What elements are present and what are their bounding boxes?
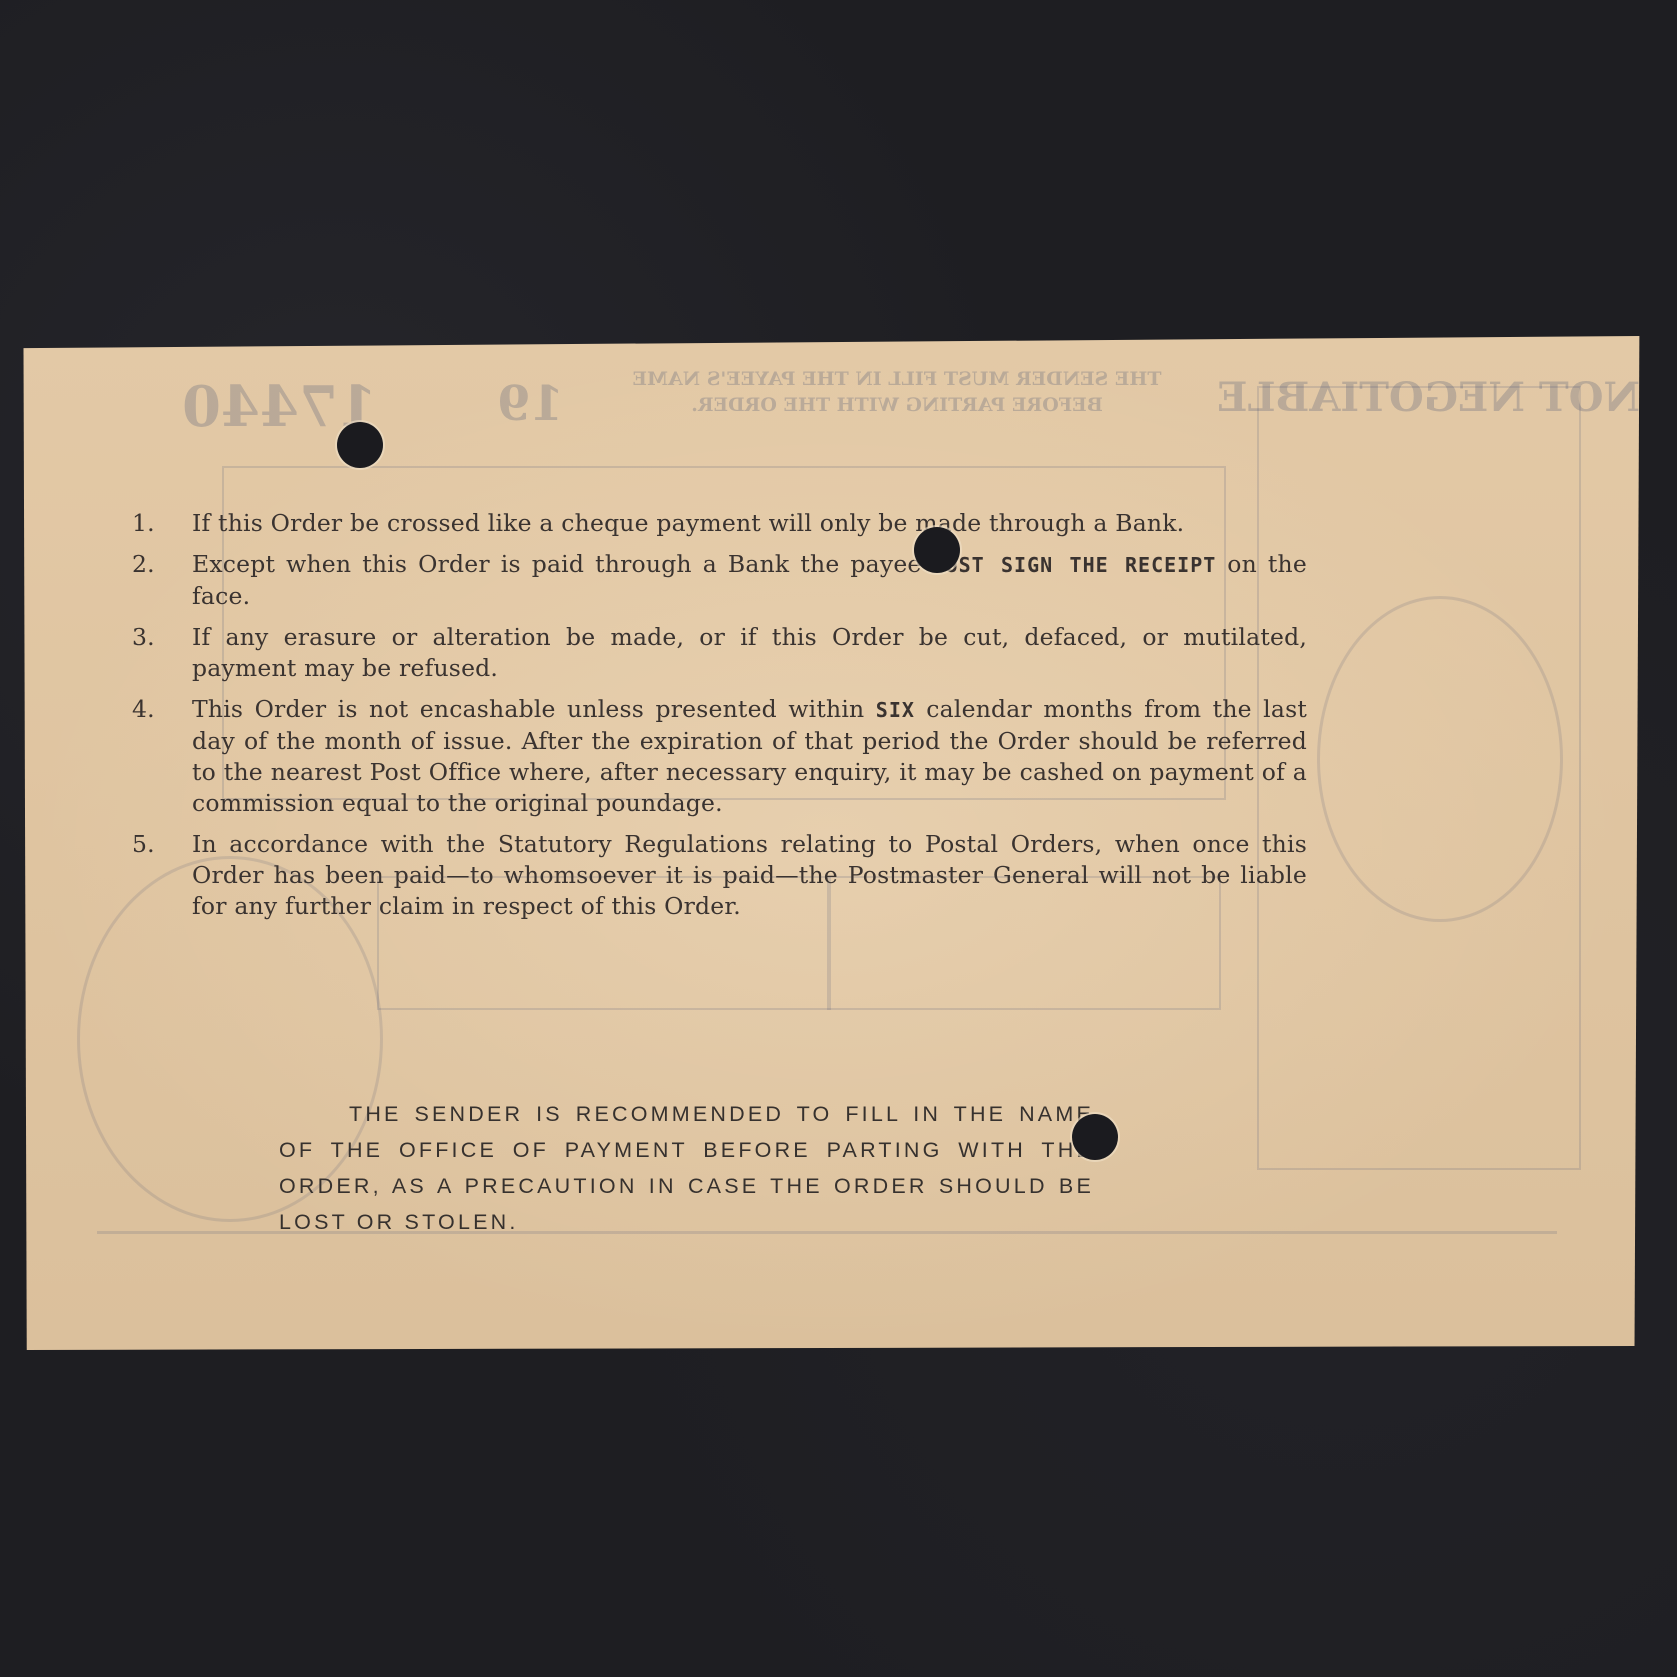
- condition-number: 1.: [132, 508, 155, 539]
- condition-text: This Order is not encashable unless pres…: [192, 695, 1307, 817]
- condition-number: 2.: [132, 549, 155, 580]
- show-through-prefix: 19: [497, 376, 564, 432]
- condition-2: 2. Except when this Order is paid throug…: [132, 549, 1307, 612]
- postal-order-reverse: NOT NEGOTIABLE THE SENDER MUST FILL IN T…: [17, 336, 1641, 1350]
- condition-1: 1. If this Order be crossed like a chequ…: [132, 508, 1307, 539]
- conditions-list: 1. If this Order be crossed like a chequ…: [132, 508, 1307, 932]
- condition-5: 5. In accordance with the Statutory Regu…: [132, 829, 1307, 922]
- punch-hole: [337, 422, 383, 468]
- condition-text: If any erasure or alteration be made, or…: [192, 623, 1307, 682]
- condition-number: 3.: [132, 622, 155, 653]
- show-through-sender-notice: THE SENDER MUST FILL IN THE PAYEE'S NAME…: [617, 366, 1177, 418]
- condition-text: Except when this Order is paid through a…: [192, 550, 1307, 610]
- show-through-crest-circle: [1317, 596, 1563, 922]
- condition-number: 4.: [132, 694, 155, 725]
- show-through-not-negotiable: NOT NEGOTIABLE: [1217, 374, 1640, 421]
- punch-hole: [914, 527, 960, 573]
- condition-text: If this Order be crossed like a cheque p…: [192, 509, 1184, 537]
- condition-4: 4. This Order is not encashable unless p…: [132, 694, 1307, 819]
- condition-number: 5.: [132, 829, 155, 860]
- sender-recommendation: THE SENDER IS RECOMMENDED TO FILL IN THE…: [279, 1096, 1094, 1240]
- condition-3: 3. If any erasure or alteration be made,…: [132, 622, 1307, 684]
- punch-hole: [1072, 1114, 1118, 1160]
- condition-text: In accordance with the Statutory Regulat…: [192, 830, 1307, 920]
